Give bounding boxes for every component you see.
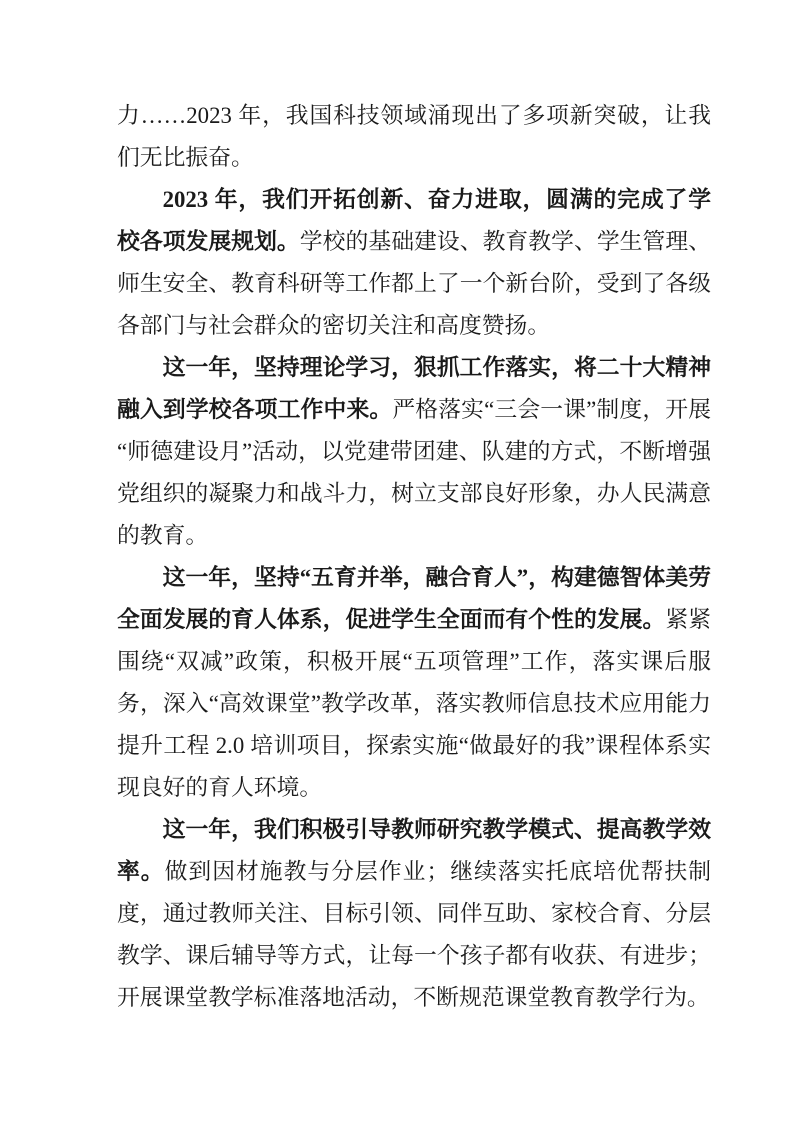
- paragraph: 这一年，我们积极引导教师研究教学模式、提高教学效率。做到因材施教与分层作业；继续…: [117, 809, 711, 1019]
- paragraph: 2023 年，我们开拓创新、奋力进取，圆满的完成了学校各项发展规划。学校的基础建…: [117, 179, 711, 347]
- text-segment: 这一年，坚持“五育并举，融合育人”，构建德智体美劳全面发展的育人体系，促进学生全…: [117, 565, 711, 632]
- document-body: 力……2023 年，我国科技领域涌现出了多项新突破，让我们无比振奋。2023 年…: [117, 95, 711, 1019]
- paragraph: 这一年，坚持理论学习，狠抓工作落实，将二十大精神融入到学校各项工作中来。严格落实…: [117, 347, 711, 557]
- paragraph: 力……2023 年，我国科技领域涌现出了多项新突破，让我们无比振奋。: [117, 95, 711, 179]
- document-page: 力……2023 年，我国科技领域涌现出了多项新突破，让我们无比振奋。2023 年…: [0, 0, 793, 1122]
- text-segment: 做到因材施教与分层作业；继续落实托底培优帮扶制度，通过教师关注、目标引领、同伴互…: [117, 859, 711, 1010]
- text-segment: 紧紧围绕“双减”政策，积极开展“五项管理”工作，落实课后服务，深入“高效课堂”教…: [117, 607, 711, 800]
- text-segment: 力……2023 年，我国科技领域涌现出了多项新突破，让我们无比振奋。: [117, 103, 711, 170]
- paragraph: 这一年，坚持“五育并举，融合育人”，构建德智体美劳全面发展的育人体系，促进学生全…: [117, 557, 711, 809]
